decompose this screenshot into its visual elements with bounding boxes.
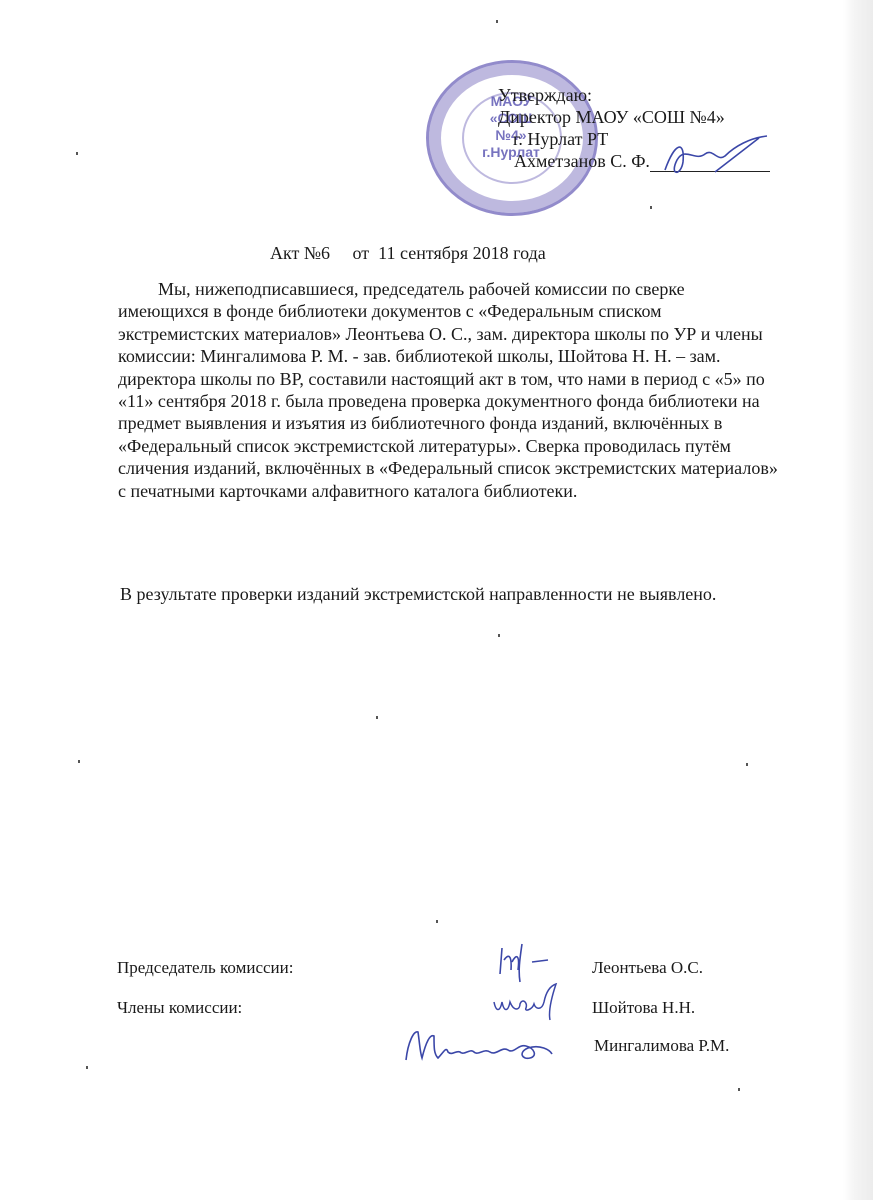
scan-speck	[738, 1088, 740, 1091]
members-label: Члены комиссии:	[117, 998, 242, 1018]
scan-speck	[78, 760, 80, 763]
scan-speck	[76, 152, 78, 155]
act-title: Акт №6 от 11 сентября 2018 года	[270, 243, 546, 264]
scan-speck	[436, 920, 438, 923]
act-body: Мы, нижеподписавшиеся, председатель рабо…	[118, 278, 778, 502]
act-paragraph: Мы, нижеподписавшиеся, председатель рабо…	[118, 278, 778, 502]
approval-heading: Утверждаю:	[498, 84, 725, 106]
approval-position: Директор МАОУ «СОШ №4»	[498, 106, 725, 128]
scan-speck	[496, 20, 498, 23]
scan-speck	[498, 634, 500, 637]
scan-edge-shadow	[843, 0, 873, 1200]
member-signature-2	[400, 1022, 560, 1067]
member-name-2: Мингалимова Р.М.	[594, 1036, 729, 1056]
scan-speck	[650, 206, 652, 209]
chair-label: Председатель комиссии:	[117, 958, 293, 978]
member-name-1: Шойтова Н.Н.	[592, 998, 695, 1018]
document-page: МАОУ «СОШ №4» г.Нурлат Утверждаю: Директ…	[0, 0, 873, 1200]
scan-speck	[86, 1066, 88, 1069]
scan-speck	[746, 763, 748, 766]
chair-name: Леонтьева О.С.	[592, 958, 703, 978]
act-result: В результате проверки изданий экстремист…	[120, 584, 716, 605]
member-signature-1	[490, 982, 570, 1022]
scan-speck	[376, 716, 378, 719]
chair-signature	[496, 940, 556, 985]
director-signature	[655, 132, 775, 182]
